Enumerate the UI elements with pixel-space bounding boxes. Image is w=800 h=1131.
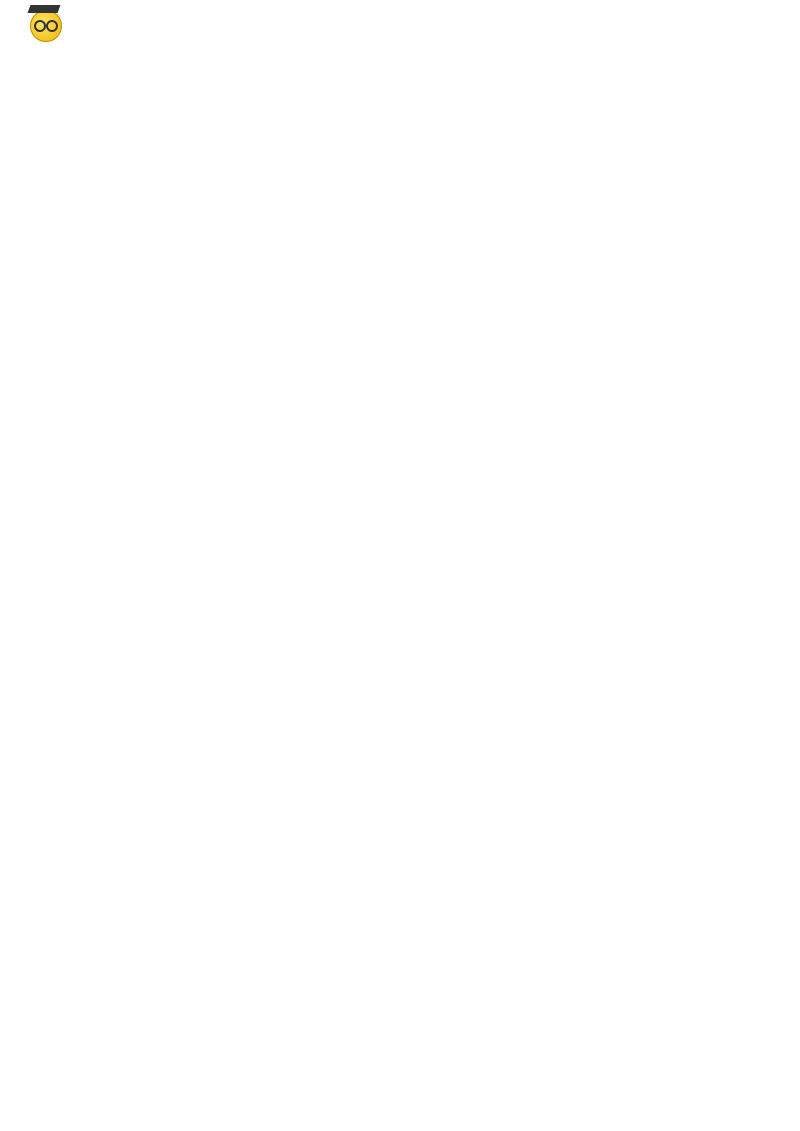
mascot-icon bbox=[30, 10, 62, 42]
exam-page bbox=[0, 0, 800, 1131]
site-logo bbox=[30, 4, 66, 48]
graduation-cap-icon bbox=[28, 5, 61, 13]
